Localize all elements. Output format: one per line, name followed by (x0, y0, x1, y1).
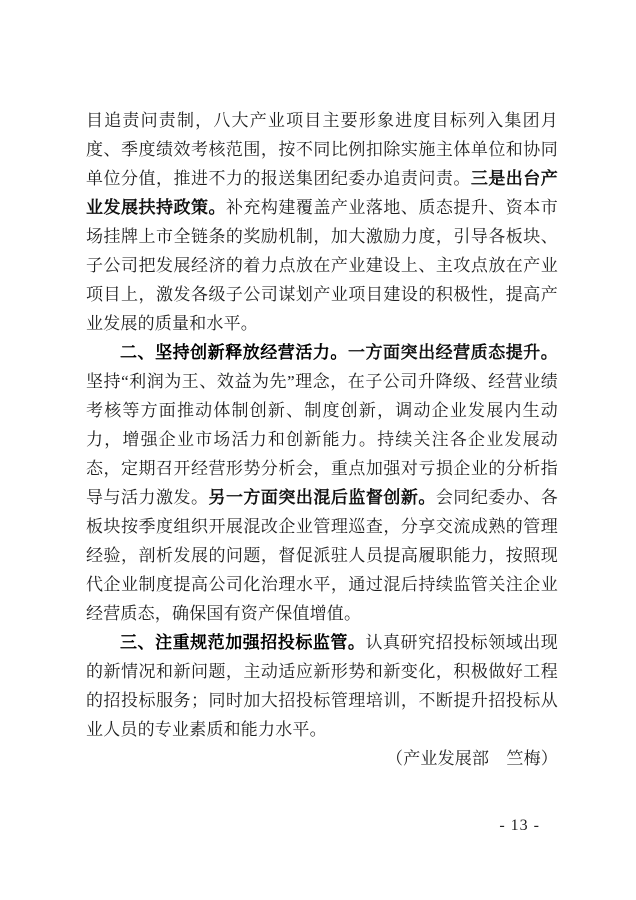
paragraph-text: 坚持“利润为王、效益为先”理念，在子公司升降级、经营业绩考核等方面推动体制创新、… (86, 372, 558, 507)
paragraph-continuation: 目追责问责制，八大产业项目主要形象进度目标列入集团月度、季度绩效考核范围，按不同… (86, 106, 558, 338)
paragraph-text: 补充构建覆盖产业落地、质态提升、资本市场挂牌上市全链条的奖励机制，加大激励力度，… (86, 198, 558, 333)
paragraph-section-2: 二、坚持创新释放经营活力。一方面突出经营质态提升。坚持“利润为王、效益为先”理念… (86, 338, 558, 628)
document-page: 目追责问责制，八大产业项目主要形象进度目标列入集团月度、季度绩效考核范围，按不同… (0, 0, 636, 900)
document-body: 目追责问责制，八大产业项目主要形象进度目标列入集团月度、季度绩效考核范围，按不同… (86, 106, 558, 773)
emphasis-phrase: 另一方面突出混后监督创新。 (208, 488, 435, 507)
attribution-line: （产业发展部 竺梅） (86, 744, 558, 773)
paragraph-text: 会同纪委办、各板块按季度组织开展混改企业管理巡查，分享交流成熟的管理经验，剖析发… (86, 488, 558, 623)
section-heading: 二、坚持创新释放经营活力。 (120, 343, 348, 362)
emphasis-phrase: 一方面突出经营质态提升。 (348, 343, 558, 362)
page-number: - 13 - (499, 815, 540, 837)
paragraph-section-3: 三、注重规范加强招投标监管。认真研究招投标领域出现的新情况和新问题，主动适应新形… (86, 628, 558, 744)
section-heading: 三、注重规范加强招投标监管。 (120, 633, 365, 652)
